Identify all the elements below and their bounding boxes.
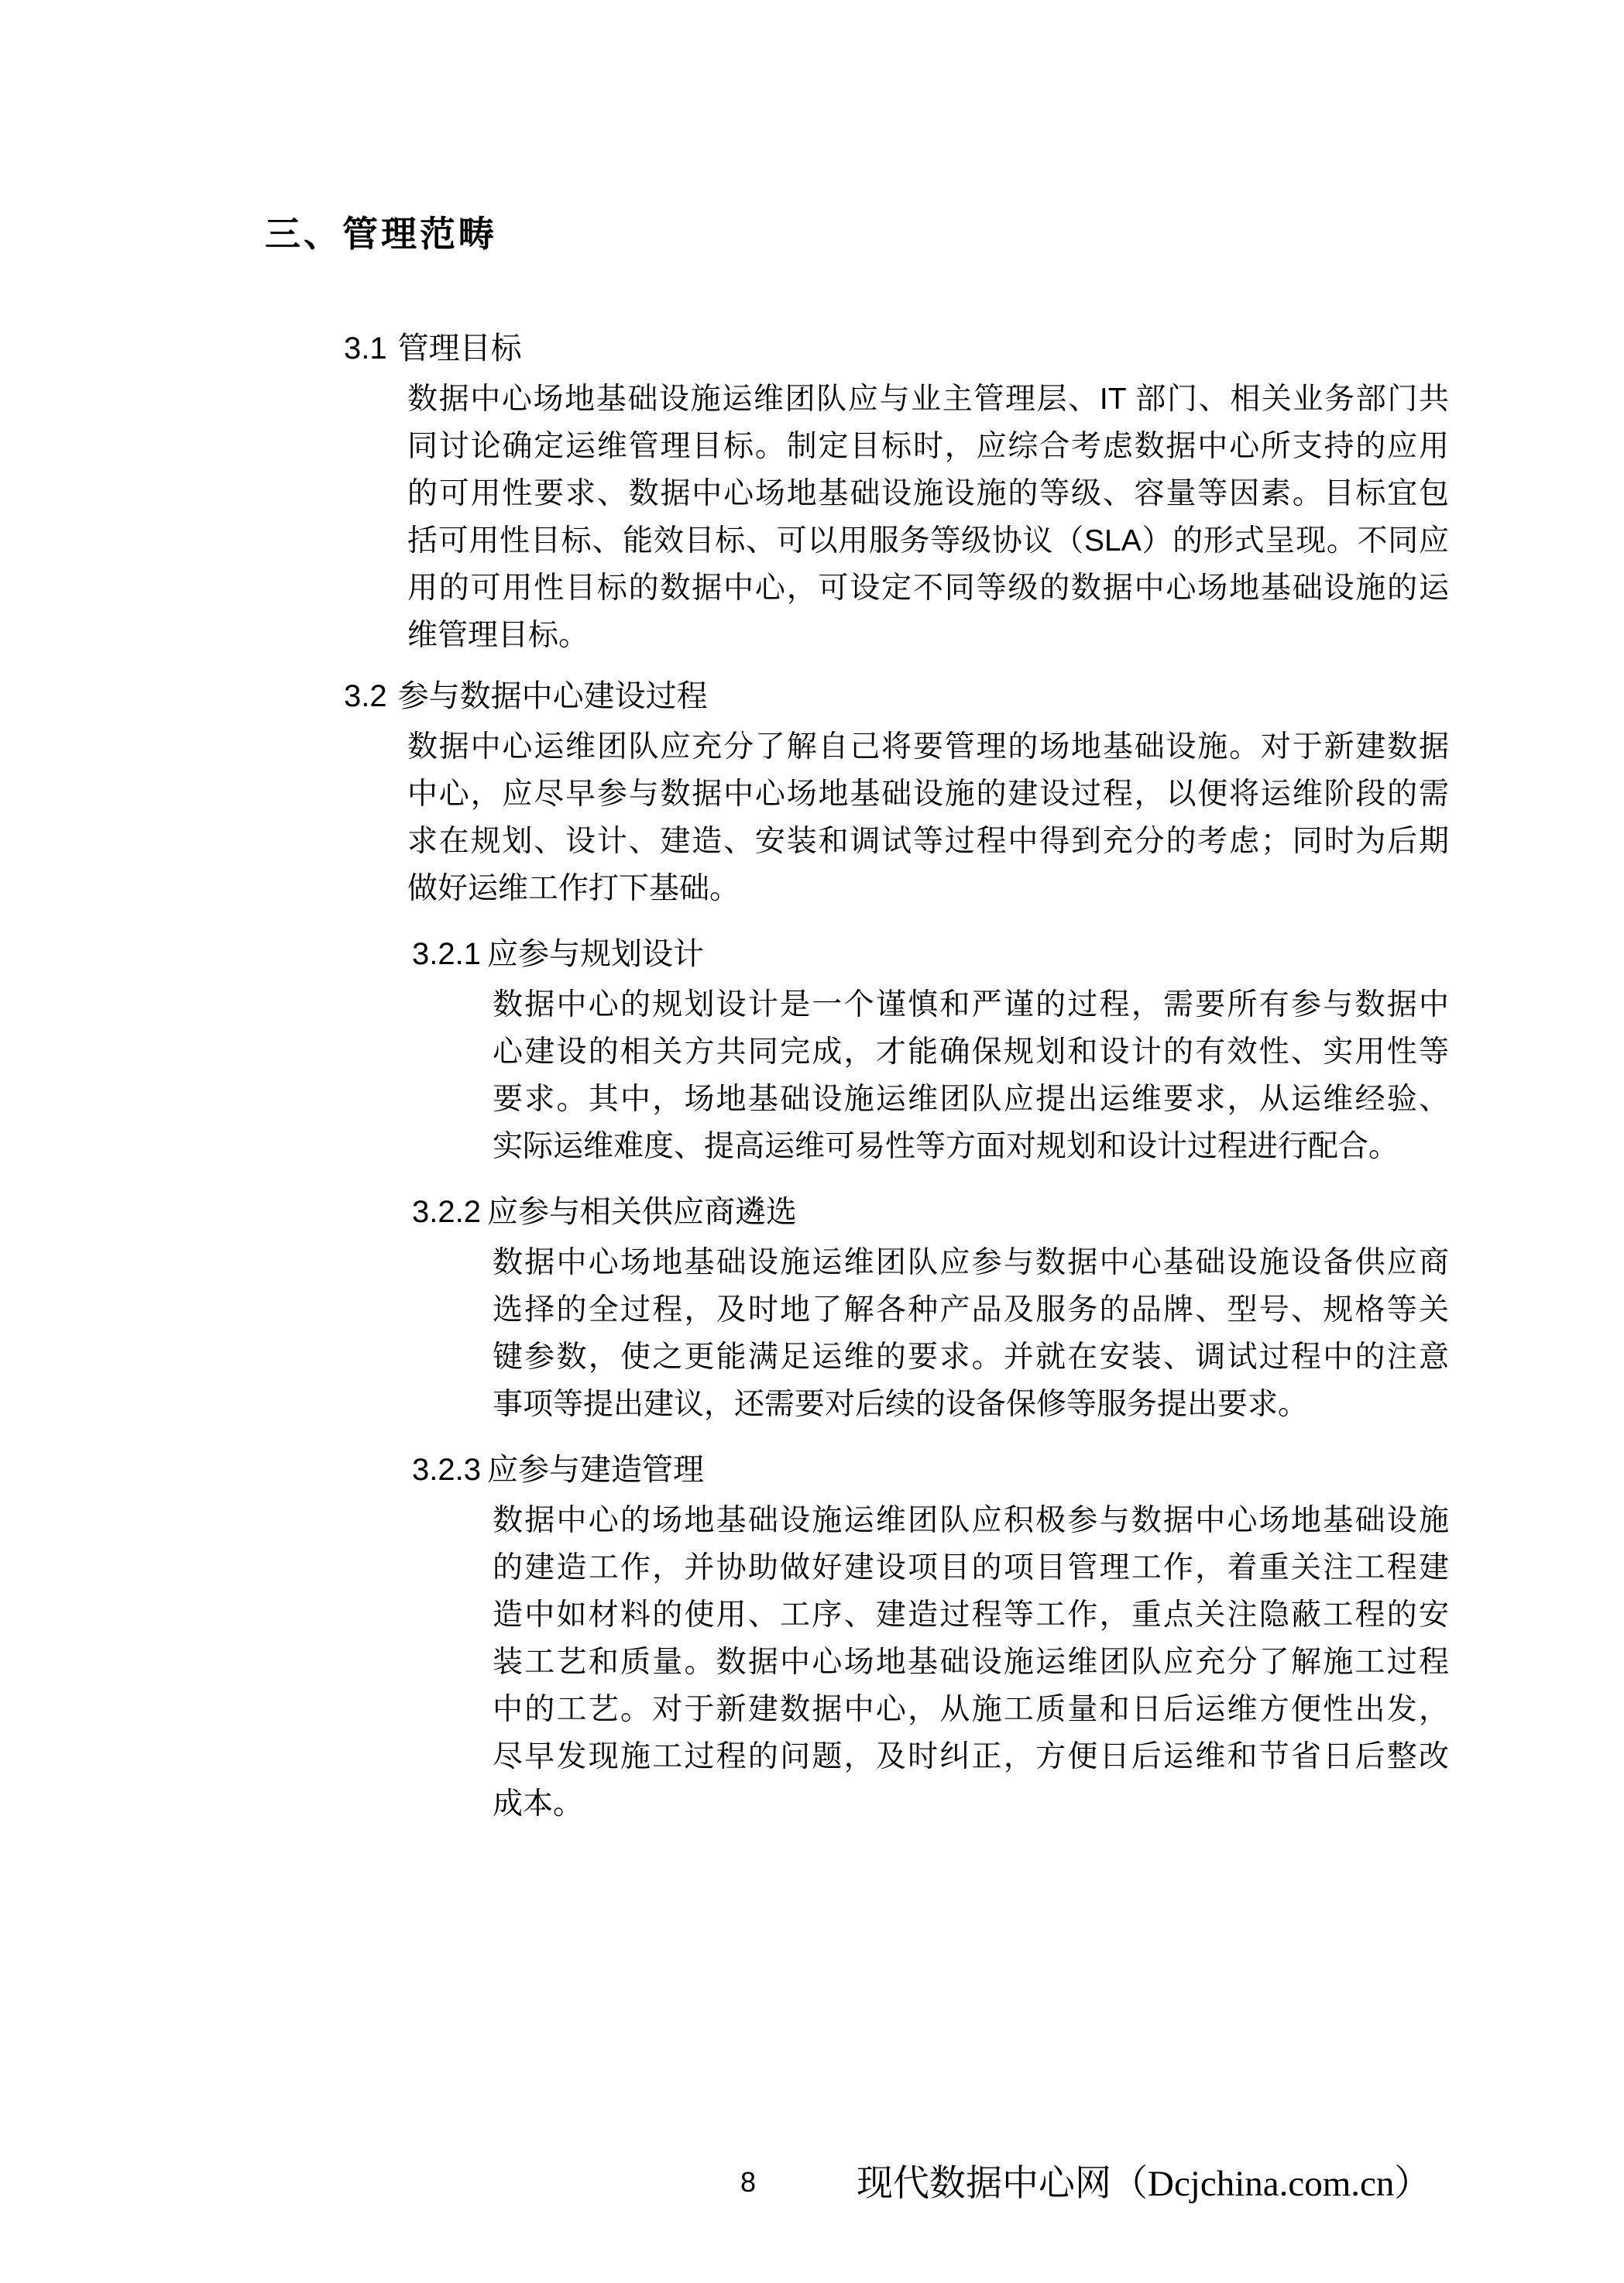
subsection-heading-title: 应参与规划设计 (487, 937, 704, 971)
section-heading-title: 参与数据中心建设过程 (398, 679, 708, 713)
paragraph: 数据中心场地基础设施运维团队应与业主管理层、IT 部门、相关业务部门共同讨论确定… (407, 376, 1449, 659)
paragraph-line: 中心，应尽早参与数据中心场地基础设施的建设过程，以便将运维阶段的需 (407, 771, 1449, 818)
paragraph-line: 成本。 (493, 1780, 1449, 1828)
section-heading: 3.2参与数据中心建设过程 (344, 673, 1624, 720)
paragraph: 数据中心运维团队应充分了解自己将要管理的场地基础设施。对于新建数据中心，应尽早参… (407, 723, 1449, 912)
paragraph: 数据中心场地基础设施运维团队应参与数据中心基础设施设备供应商选择的全过程，及时地… (493, 1239, 1449, 1428)
paragraph-line: 的建造工作，并协助做好建设项目的项目管理工作，着重关注工程建 (493, 1544, 1449, 1591)
paragraph-line: 维管理目标。 (407, 612, 1449, 659)
subsection-heading: 3.2.2应参与相关供应商遴选 (412, 1189, 1624, 1236)
page-number: 8 (740, 2165, 756, 2199)
paragraph-line: 键参数，使之更能满足运维的要求。并就在安装、调试过程中的注意 (493, 1334, 1449, 1381)
document-content: 3.1管理目标数据中心场地基础设施运维团队应与业主管理层、IT 部门、相关业务部… (0, 325, 1624, 1828)
subsection-heading: 3.2.3应参与建造管理 (412, 1447, 1624, 1494)
paragraph-line: 的可用性要求、数据中心场地基础设施设施的等级、容量等因素。目标宜包 (407, 470, 1449, 517)
subsection-heading-title: 应参与建造管理 (487, 1453, 704, 1487)
paragraph-line: 中的工艺。对于新建数据中心，从施工质量和日后运维方便性出发， (493, 1686, 1449, 1733)
paragraph-line: 要求。其中，场地基础设施运维团队应提出运维要求，从运维经验、 (493, 1076, 1449, 1123)
section-heading-number: 3.1 (344, 331, 387, 366)
section-heading-title: 管理目标 (398, 331, 522, 366)
subsection-heading-number: 3.2.1 (412, 937, 481, 971)
paragraph-line: 数据中心场地基础设施运维团队应参与数据中心基础设施设备供应商 (493, 1239, 1449, 1286)
section-heading: 3.1管理目标 (344, 325, 1624, 372)
section: 3.2参与数据中心建设过程数据中心运维团队应充分了解自己将要管理的场地基础设施。… (0, 673, 1624, 1828)
subsection-heading: 3.2.1应参与规划设计 (412, 931, 1624, 978)
paragraph: 数据中心的场地基础设施运维团队应积极参与数据中心场地基础设施的建造工作，并协助做… (493, 1497, 1449, 1828)
paragraph-line: 数据中心运维团队应充分了解自己将要管理的场地基础设施。对于新建数据 (407, 723, 1449, 771)
paragraph-line: 造中如材料的使用、工序、建造过程等工作，重点关注隐蔽工程的安 (493, 1591, 1449, 1639)
paragraph: 数据中心的规划设计是一个谨慎和严谨的过程，需要所有参与数据中心建设的相关方共同完… (493, 981, 1449, 1170)
document-page: 三、管理范畴 3.1管理目标数据中心场地基础设施运维团队应与业主管理层、IT 部… (0, 0, 1624, 2283)
section-heading-number: 3.2 (344, 679, 387, 713)
subsection-heading-title: 应参与相关供应商遴选 (487, 1195, 797, 1229)
paragraph-line: 实际运维难度、提高运维可易性等方面对规划和设计过程进行配合。 (493, 1123, 1449, 1170)
paragraph-line: 装工艺和质量。数据中心场地基础设施运维团队应充分了解施工过程 (493, 1639, 1449, 1686)
footer-site-text: 现代数据中心网（Dcjchina.com.cn） (857, 2162, 1430, 2206)
paragraph-line: 括可用性目标、能效目标、可以用服务等级协议（SLA）的形式呈现。不同应 (407, 517, 1449, 565)
paragraph-line: 做好运维工作打下基础。 (407, 865, 1449, 912)
paragraph-line: 用的可用性目标的数据中心，可设定不同等级的数据中心场地基础设施的运 (407, 565, 1449, 612)
section: 3.1管理目标数据中心场地基础设施运维团队应与业主管理层、IT 部门、相关业务部… (0, 325, 1624, 659)
paragraph-line: 心建设的相关方共同完成，才能确保规划和设计的有效性、实用性等 (493, 1028, 1449, 1076)
paragraph-line: 数据中心场地基础设施运维团队应与业主管理层、IT 部门、相关业务部门共 (407, 376, 1449, 423)
subsection-heading-number: 3.2.2 (412, 1195, 481, 1229)
paragraph-line: 选择的全过程，及时地了解各种产品及服务的品牌、型号、规格等关 (493, 1286, 1449, 1334)
paragraph-line: 数据中心的场地基础设施运维团队应积极参与数据中心场地基础设施 (493, 1497, 1449, 1544)
paragraph-line: 求在规划、设计、建造、安装和调试等过程中得到充分的考虑；同时为后期 (407, 818, 1449, 865)
subsection-heading-number: 3.2.3 (412, 1453, 481, 1487)
paragraph-line: 同讨论确定运维管理目标。制定目标时，应综合考虑数据中心所支持的应用 (407, 423, 1449, 470)
paragraph-line: 尽早发现施工过程的问题，及时纠正，方便日后运维和节省日后整改 (493, 1733, 1449, 1780)
page-title: 三、管理范畴 (265, 215, 497, 255)
paragraph-line: 事项等提出建议，还需要对后续的设备保修等服务提出要求。 (493, 1381, 1449, 1428)
paragraph-line: 数据中心的规划设计是一个谨慎和严谨的过程，需要所有参与数据中 (493, 981, 1449, 1028)
